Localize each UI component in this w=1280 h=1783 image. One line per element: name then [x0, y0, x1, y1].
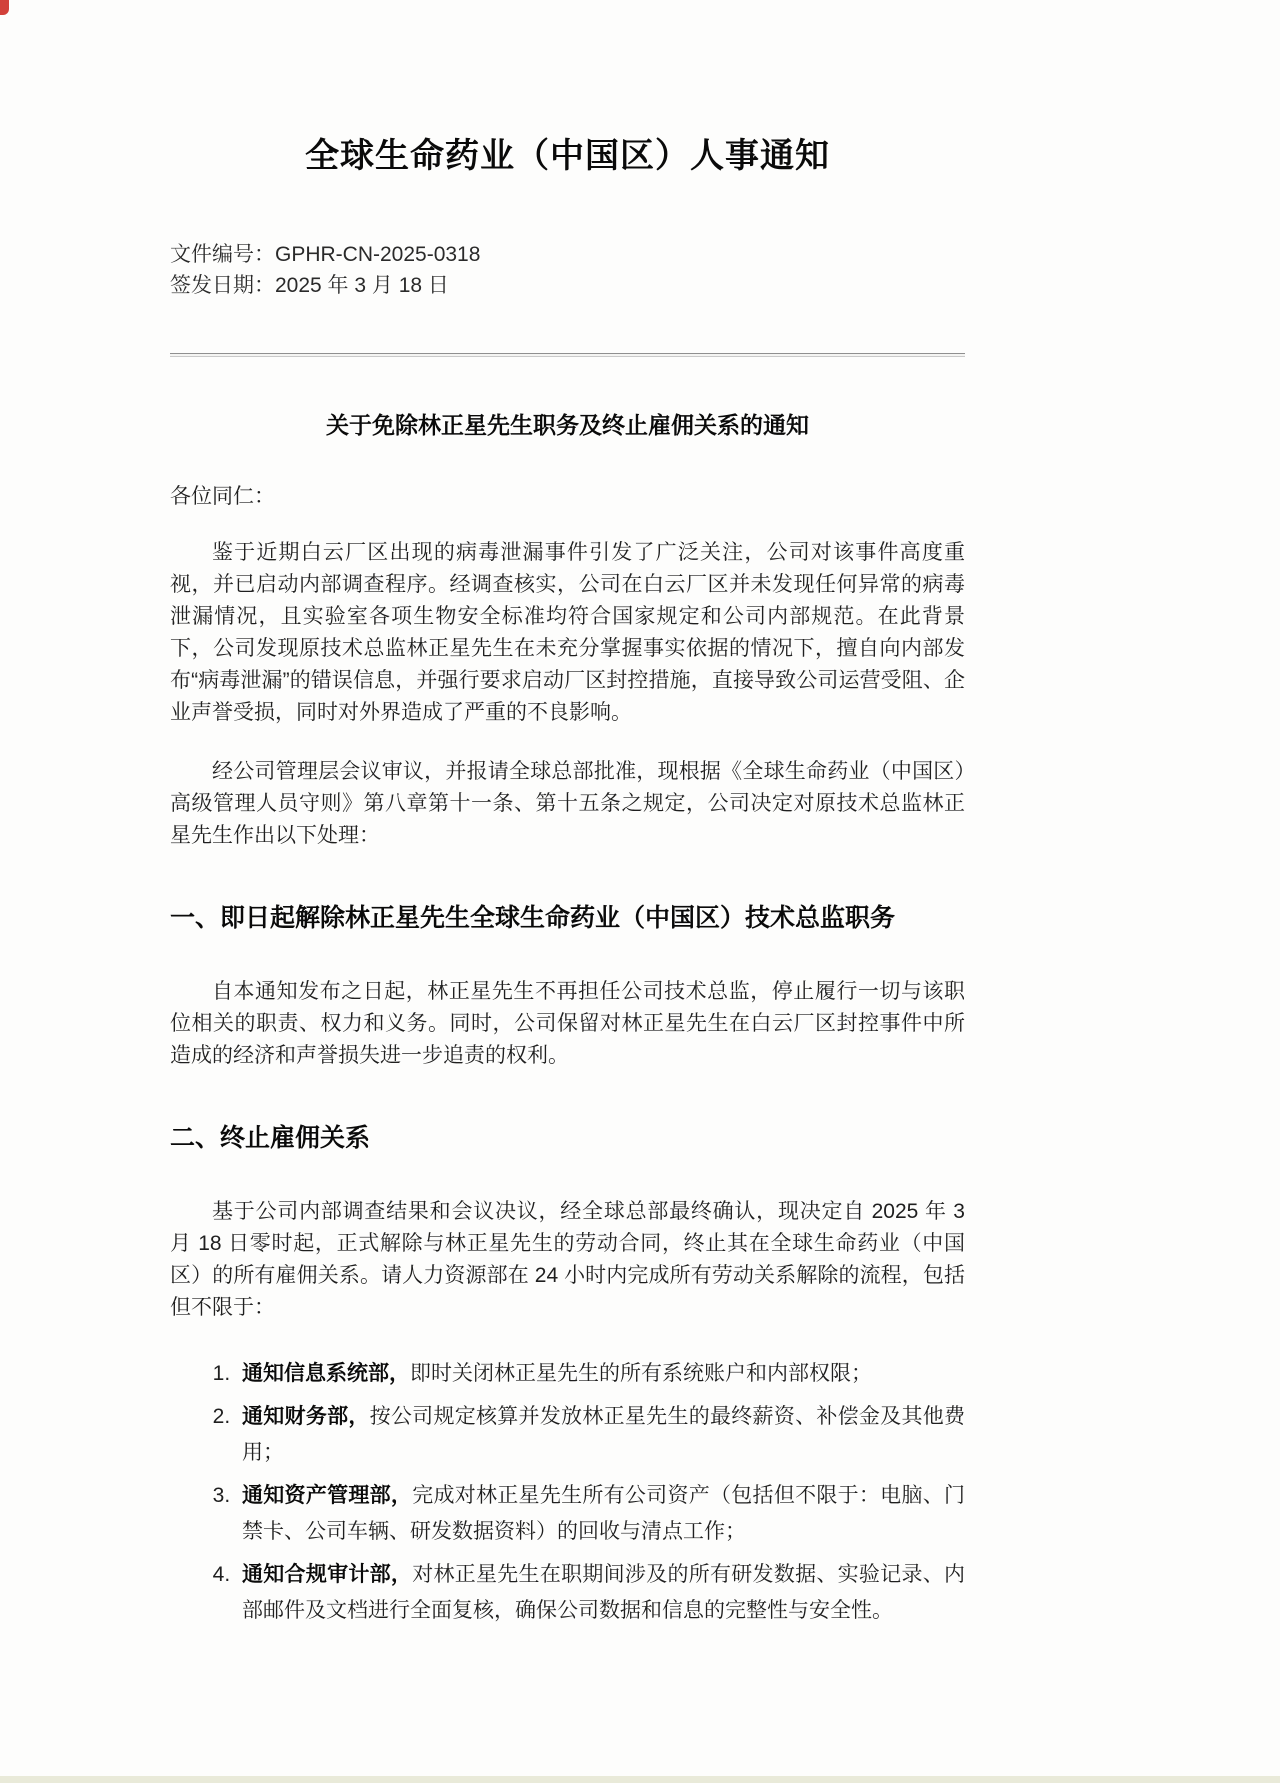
salutation: 各位同仁： [170, 480, 965, 510]
list-item-department: 通知资产管理部， [242, 1484, 412, 1507]
paragraph-decision-basis: 经公司管理层会议审议，并报请全球总部批准，现根据《全球生命药业（中国区）高级管理… [170, 756, 965, 852]
paragraph-section-1: 自本通知发布之日起，林正星先生不再担任公司技术总监，停止履行一切与该职位相关的职… [170, 976, 965, 1072]
list-item-department: 通知信息系统部， [242, 1362, 410, 1385]
notice-subject-title: 关于免除林正星先生职务及终止雇佣关系的通知 [170, 407, 965, 440]
action-items-list: 通知信息系统部，即时关闭林正星先生的所有系统账户和内部权限； 通知财务部，按公司… [170, 1356, 965, 1629]
section-1-heading: 一、即日起解除林正星先生全球生命药业（中国区）技术总监职务 [170, 898, 965, 934]
list-item: 通知资产管理部，完成对林正星先生所有公司资产（包括但不限于：电脑、门禁卡、公司车… [236, 1478, 965, 1550]
issue-date-row: 签发日期：2025 年 3 月 18 日 [170, 270, 965, 301]
list-item: 通知合规审计部，对林正星先生在职期间涉及的所有研发数据、实验记录、内部邮件及文档… [236, 1557, 965, 1629]
list-item-department: 通知合规审计部， [242, 1563, 412, 1586]
list-item-department: 通知财务部， [242, 1405, 370, 1428]
paragraph-section-2: 基于公司内部调查结果和会议决议，经全球总部最终确认，现决定自 2025 年 3 … [170, 1196, 965, 1324]
doc-number-value: GPHR-CN-2025-0318 [275, 243, 480, 266]
doc-number-row: 文件编号：GPHR-CN-2025-0318 [170, 239, 965, 270]
document-title: 全球生命药业（中国区）人事通知 [170, 128, 965, 177]
document-page: 全球生命药业（中国区）人事通知 文件编号：GPHR-CN-2025-0318 签… [0, 0, 1280, 1783]
section-2-heading: 二、终止雇佣关系 [170, 1118, 965, 1154]
list-item-text: 即时关闭林正星先生的所有系统账户和内部权限； [410, 1362, 872, 1385]
document-content: 全球生命药业（中国区）人事通知 文件编号：GPHR-CN-2025-0318 签… [170, 0, 965, 1636]
issue-date-value: 2025 年 3 月 18 日 [275, 274, 449, 297]
doc-number-label: 文件编号： [170, 243, 275, 266]
list-item: 通知财务部，按公司规定核算并发放林正星先生的最终薪资、补偿金及其他费用； [236, 1399, 965, 1471]
horizontal-divider [170, 353, 965, 357]
scan-corner-artifact [0, 0, 9, 15]
list-item: 通知信息系统部，即时关闭林正星先生的所有系统账户和内部权限； [236, 1356, 965, 1392]
scan-bottom-edge [0, 1776, 1280, 1783]
document-meta: 文件编号：GPHR-CN-2025-0318 签发日期：2025 年 3 月 1… [170, 239, 965, 301]
issue-date-label: 签发日期： [170, 274, 275, 297]
paragraph-background: 鉴于近期白云厂区出现的病毒泄漏事件引发了广泛关注，公司对该事件高度重视，并已启动… [170, 537, 965, 729]
